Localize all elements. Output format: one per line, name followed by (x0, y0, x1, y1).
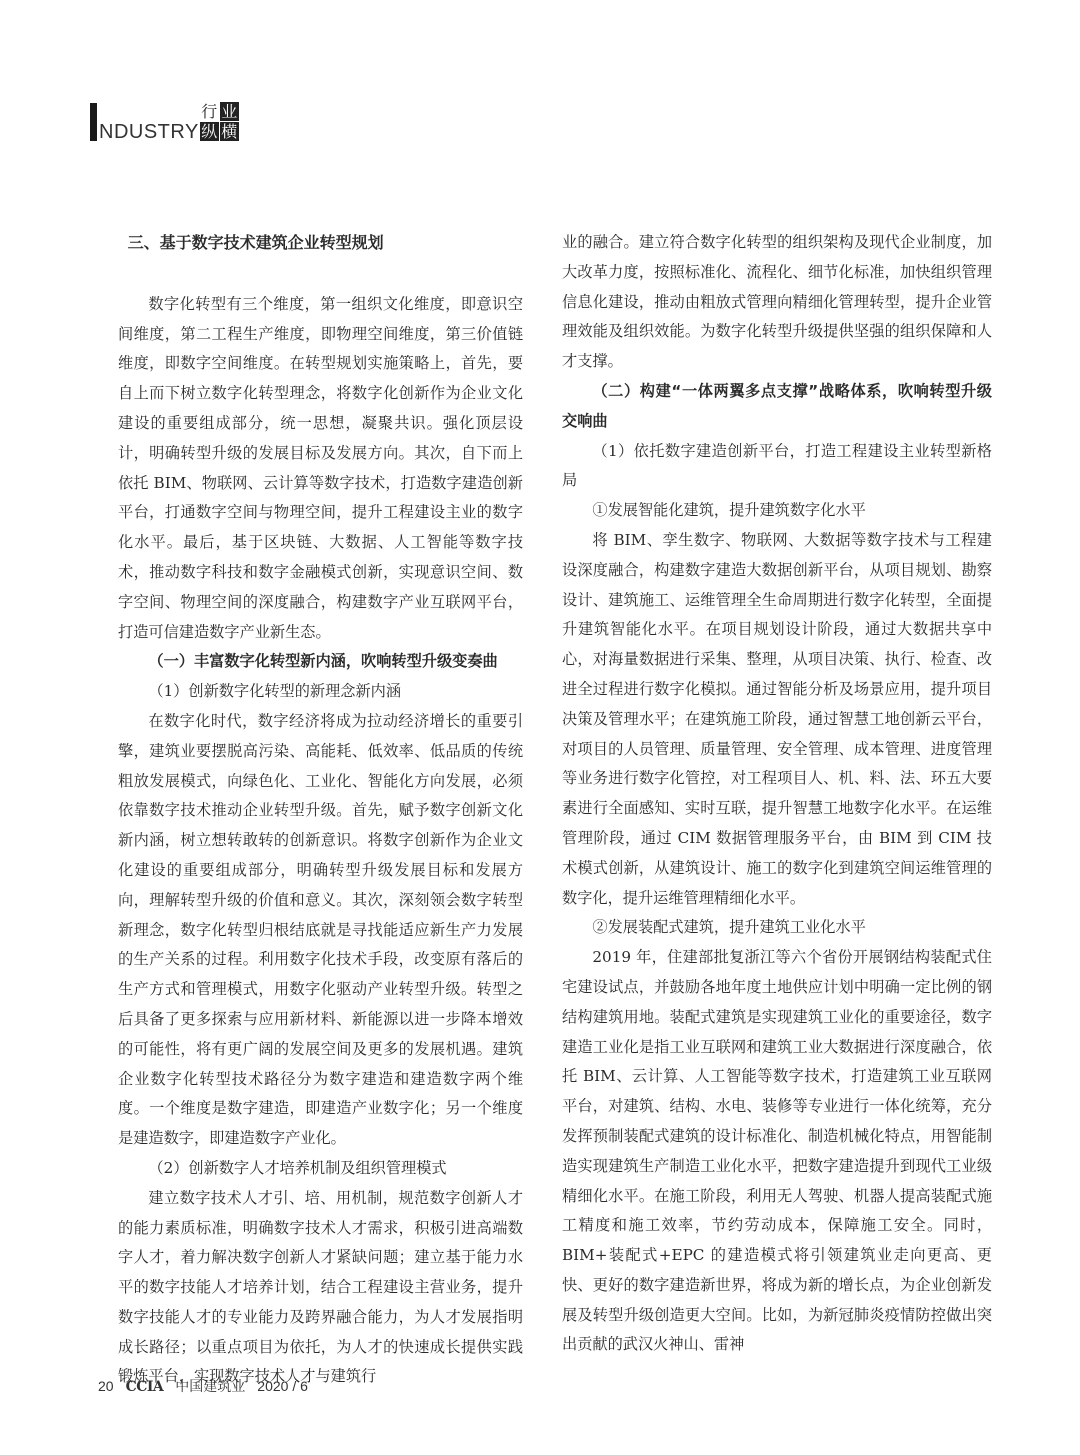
paragraph: 数字化转型有三个维度，第一组织文化维度，即意识空间维度，第二工程生产维度，即物理… (118, 290, 523, 648)
item-title: （2）创新数字人才培养机制及组织管理模式 (118, 1154, 523, 1184)
right-column: 业的融合。建立符合数字化转型的组织架构及现代企业制度，加大改革力度，按照标准化、… (562, 228, 992, 1360)
item-title: （1）依托数字建造创新平台，打造工程建设主业转型新格局 (562, 437, 992, 497)
paragraph: 2019 年，住建部批复浙江等六个省份开展钢结构装配式住宅建设试点，并鼓励各地年… (562, 943, 992, 1360)
subsection-title: （二）构建“一体两翼多点支撑”战略体系，吹响转型升级交响曲 (562, 377, 992, 437)
logo-char: 业 (220, 102, 239, 121)
section-title: 三、基于数字技术建筑企业转型规划 (118, 228, 523, 258)
logo-char: 纵 (200, 122, 219, 141)
left-column: 三、基于数字技术建筑企业转型规划 数字化转型有三个维度，第一组织文化维度，即意识… (118, 228, 523, 1392)
logo-char: 行 (200, 102, 219, 121)
page-footer: 20 CCIA 中国建筑业 2020 / 6 (98, 1376, 308, 1396)
logo-char-grid: 行 业 纵 横 (200, 102, 239, 141)
page-number: 20 (98, 1378, 114, 1394)
paragraph: 将 BIM、孪生数字、物联网、大数据等数字技术与工程建设深度融合，构建数字建造大… (562, 526, 992, 913)
magazine-name: 中国建筑业 (175, 1376, 245, 1396)
logo-bar-letter-i (90, 103, 97, 141)
item-title: （1）创新数字化转型的新理念新内涵 (118, 677, 523, 707)
issue-number: 2020 / 6 (257, 1378, 308, 1394)
brand-name: CCIA (126, 1379, 164, 1395)
paragraph: 在数字化时代，数字经济将成为拉动经济增长的重要引擎，建筑业要摆脱高污染、高能耗、… (118, 707, 523, 1154)
point-title: ②发展装配式建筑，提升建筑工业化水平 (562, 913, 992, 943)
point-title: ①发展智能化建筑，提升建筑数字化水平 (562, 496, 992, 526)
subsection-title: （一）丰富数字化转型新内涵，吹响转型升级变奏曲 (118, 647, 523, 677)
logo-word: NDUSTRY (99, 122, 199, 142)
paragraph: 建立数字技术人才引、培、用机制，规范数字创新人才的能力素质标准，明确数字技术人才… (118, 1184, 523, 1393)
paragraph-continuation: 业的融合。建立符合数字化转型的组织架构及现代企业制度，加大改革力度，按照标准化、… (562, 228, 992, 377)
section-logo: NDUSTRY 行 业 纵 横 (90, 101, 239, 141)
logo-char: 横 (220, 122, 239, 141)
